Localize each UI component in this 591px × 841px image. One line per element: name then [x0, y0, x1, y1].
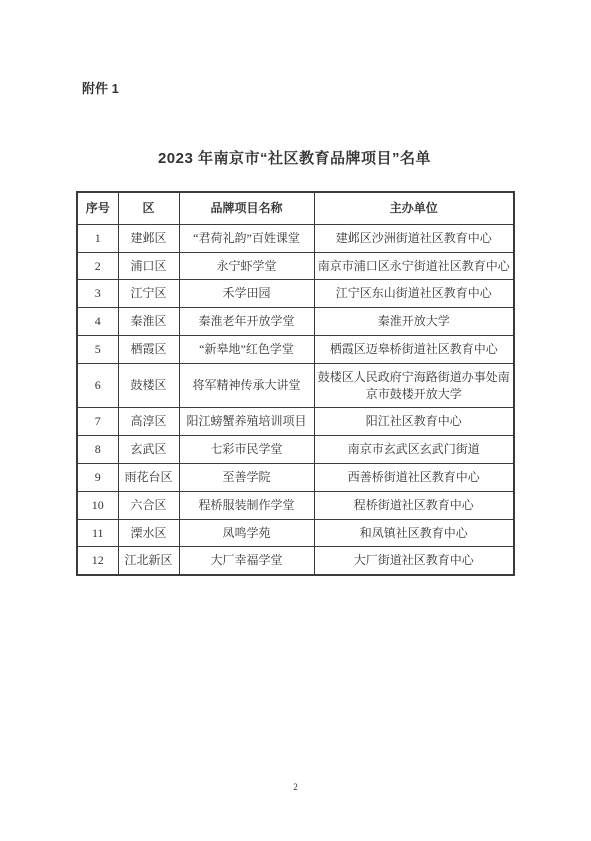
table-row: 3 江宁区 禾学田园 江宁区东山街道社区教育中心 — [77, 280, 514, 308]
cell-no: 12 — [77, 547, 118, 575]
cell-project: 阳江螃蟹养殖培训项目 — [179, 408, 314, 436]
cell-project: “新皋地”红色学堂 — [179, 335, 314, 363]
cell-project: 禾学田园 — [179, 280, 314, 308]
cell-no: 11 — [77, 519, 118, 547]
cell-district: 鼓楼区 — [118, 363, 179, 408]
cell-organizer: 南京市玄武区玄武门街道 — [314, 436, 514, 464]
document-title: 2023 年南京市“社区教育品牌项目”名单 — [76, 147, 513, 168]
cell-no: 5 — [77, 335, 118, 363]
table-row: 1 建邺区 “君荷礼韵”百姓课堂 建邺区沙洲街道社区教育中心 — [77, 224, 514, 252]
header-cell-organizer: 主办单位 — [314, 192, 514, 224]
table-row: 8 玄武区 七彩市民学堂 南京市玄武区玄武门街道 — [77, 436, 514, 464]
cell-project: 大厂幸福学堂 — [179, 547, 314, 575]
cell-organizer: 阳江社区教育中心 — [314, 408, 514, 436]
cell-organizer: 秦淮开放大学 — [314, 308, 514, 336]
cell-district: 浦口区 — [118, 252, 179, 280]
cell-project: 七彩市民学堂 — [179, 436, 314, 464]
cell-district: 雨花台区 — [118, 463, 179, 491]
cell-organizer: 鼓楼区人民政府宁海路街道办事处南京市鼓楼开放大学 — [314, 363, 514, 408]
cell-project: 秦淮老年开放学堂 — [179, 308, 314, 336]
cell-organizer: 西善桥街道社区教育中心 — [314, 463, 514, 491]
cell-project: 凤鸣学苑 — [179, 519, 314, 547]
cell-no: 8 — [77, 436, 118, 464]
cell-organizer: 南京市浦口区永宁街道社区教育中心 — [314, 252, 514, 280]
table-row: 2 浦口区 永宁虾学堂 南京市浦口区永宁街道社区教育中心 — [77, 252, 514, 280]
cell-no: 6 — [77, 363, 118, 408]
cell-district: 溧水区 — [118, 519, 179, 547]
attachment-label: 附件 1 — [82, 78, 119, 97]
cell-no: 7 — [77, 408, 118, 436]
header-cell-district: 区 — [118, 192, 179, 224]
header-cell-no: 序号 — [77, 192, 118, 224]
cell-no: 10 — [77, 491, 118, 519]
table-row: 12 江北新区 大厂幸福学堂 大厂街道社区教育中心 — [77, 547, 514, 575]
cell-district: 栖霞区 — [118, 335, 179, 363]
cell-project: 将军精神传承大讲堂 — [179, 363, 314, 408]
table-header-row: 序号 区 品牌项目名称 主办单位 — [77, 192, 514, 224]
header-cell-project: 品牌项目名称 — [179, 192, 314, 224]
document-page: 附件 1 2023 年南京市“社区教育品牌项目”名单 序号 区 品牌项目名称 主… — [0, 0, 591, 841]
cell-project: 至善学院 — [179, 463, 314, 491]
cell-district: 江北新区 — [118, 547, 179, 575]
cell-organizer: 程桥街道社区教育中心 — [314, 491, 514, 519]
cell-organizer: 和凤镇社区教育中心 — [314, 519, 514, 547]
table-row: 7 高淳区 阳江螃蟹养殖培训项目 阳江社区教育中心 — [77, 408, 514, 436]
cell-district: 江宁区 — [118, 280, 179, 308]
cell-project: 程桥服装制作学堂 — [179, 491, 314, 519]
table-row: 11 溧水区 凤鸣学苑 和凤镇社区教育中心 — [77, 519, 514, 547]
cell-district: 高淳区 — [118, 408, 179, 436]
cell-organizer: 江宁区东山街道社区教育中心 — [314, 280, 514, 308]
cell-no: 2 — [77, 252, 118, 280]
cell-district: 秦淮区 — [118, 308, 179, 336]
table-row: 10 六合区 程桥服装制作学堂 程桥街道社区教育中心 — [77, 491, 514, 519]
table-row: 6 鼓楼区 将军精神传承大讲堂 鼓楼区人民政府宁海路街道办事处南京市鼓楼开放大学 — [77, 363, 514, 408]
cell-organizer: 大厂街道社区教育中心 — [314, 547, 514, 575]
cell-project: 永宁虾学堂 — [179, 252, 314, 280]
cell-project: “君荷礼韵”百姓课堂 — [179, 224, 314, 252]
cell-no: 4 — [77, 308, 118, 336]
table-row: 5 栖霞区 “新皋地”红色学堂 栖霞区迈皋桥街道社区教育中心 — [77, 335, 514, 363]
cell-no: 9 — [77, 463, 118, 491]
cell-district: 六合区 — [118, 491, 179, 519]
page-number: 2 — [0, 782, 591, 792]
cell-district: 建邺区 — [118, 224, 179, 252]
table-row: 9 雨花台区 至善学院 西善桥街道社区教育中心 — [77, 463, 514, 491]
projects-table: 序号 区 品牌项目名称 主办单位 1 建邺区 “君荷礼韵”百姓课堂 建邺区沙洲街… — [76, 191, 515, 576]
cell-organizer: 建邺区沙洲街道社区教育中心 — [314, 224, 514, 252]
cell-organizer: 栖霞区迈皋桥街道社区教育中心 — [314, 335, 514, 363]
table-row: 4 秦淮区 秦淮老年开放学堂 秦淮开放大学 — [77, 308, 514, 336]
cell-no: 3 — [77, 280, 118, 308]
cell-district: 玄武区 — [118, 436, 179, 464]
cell-no: 1 — [77, 224, 118, 252]
